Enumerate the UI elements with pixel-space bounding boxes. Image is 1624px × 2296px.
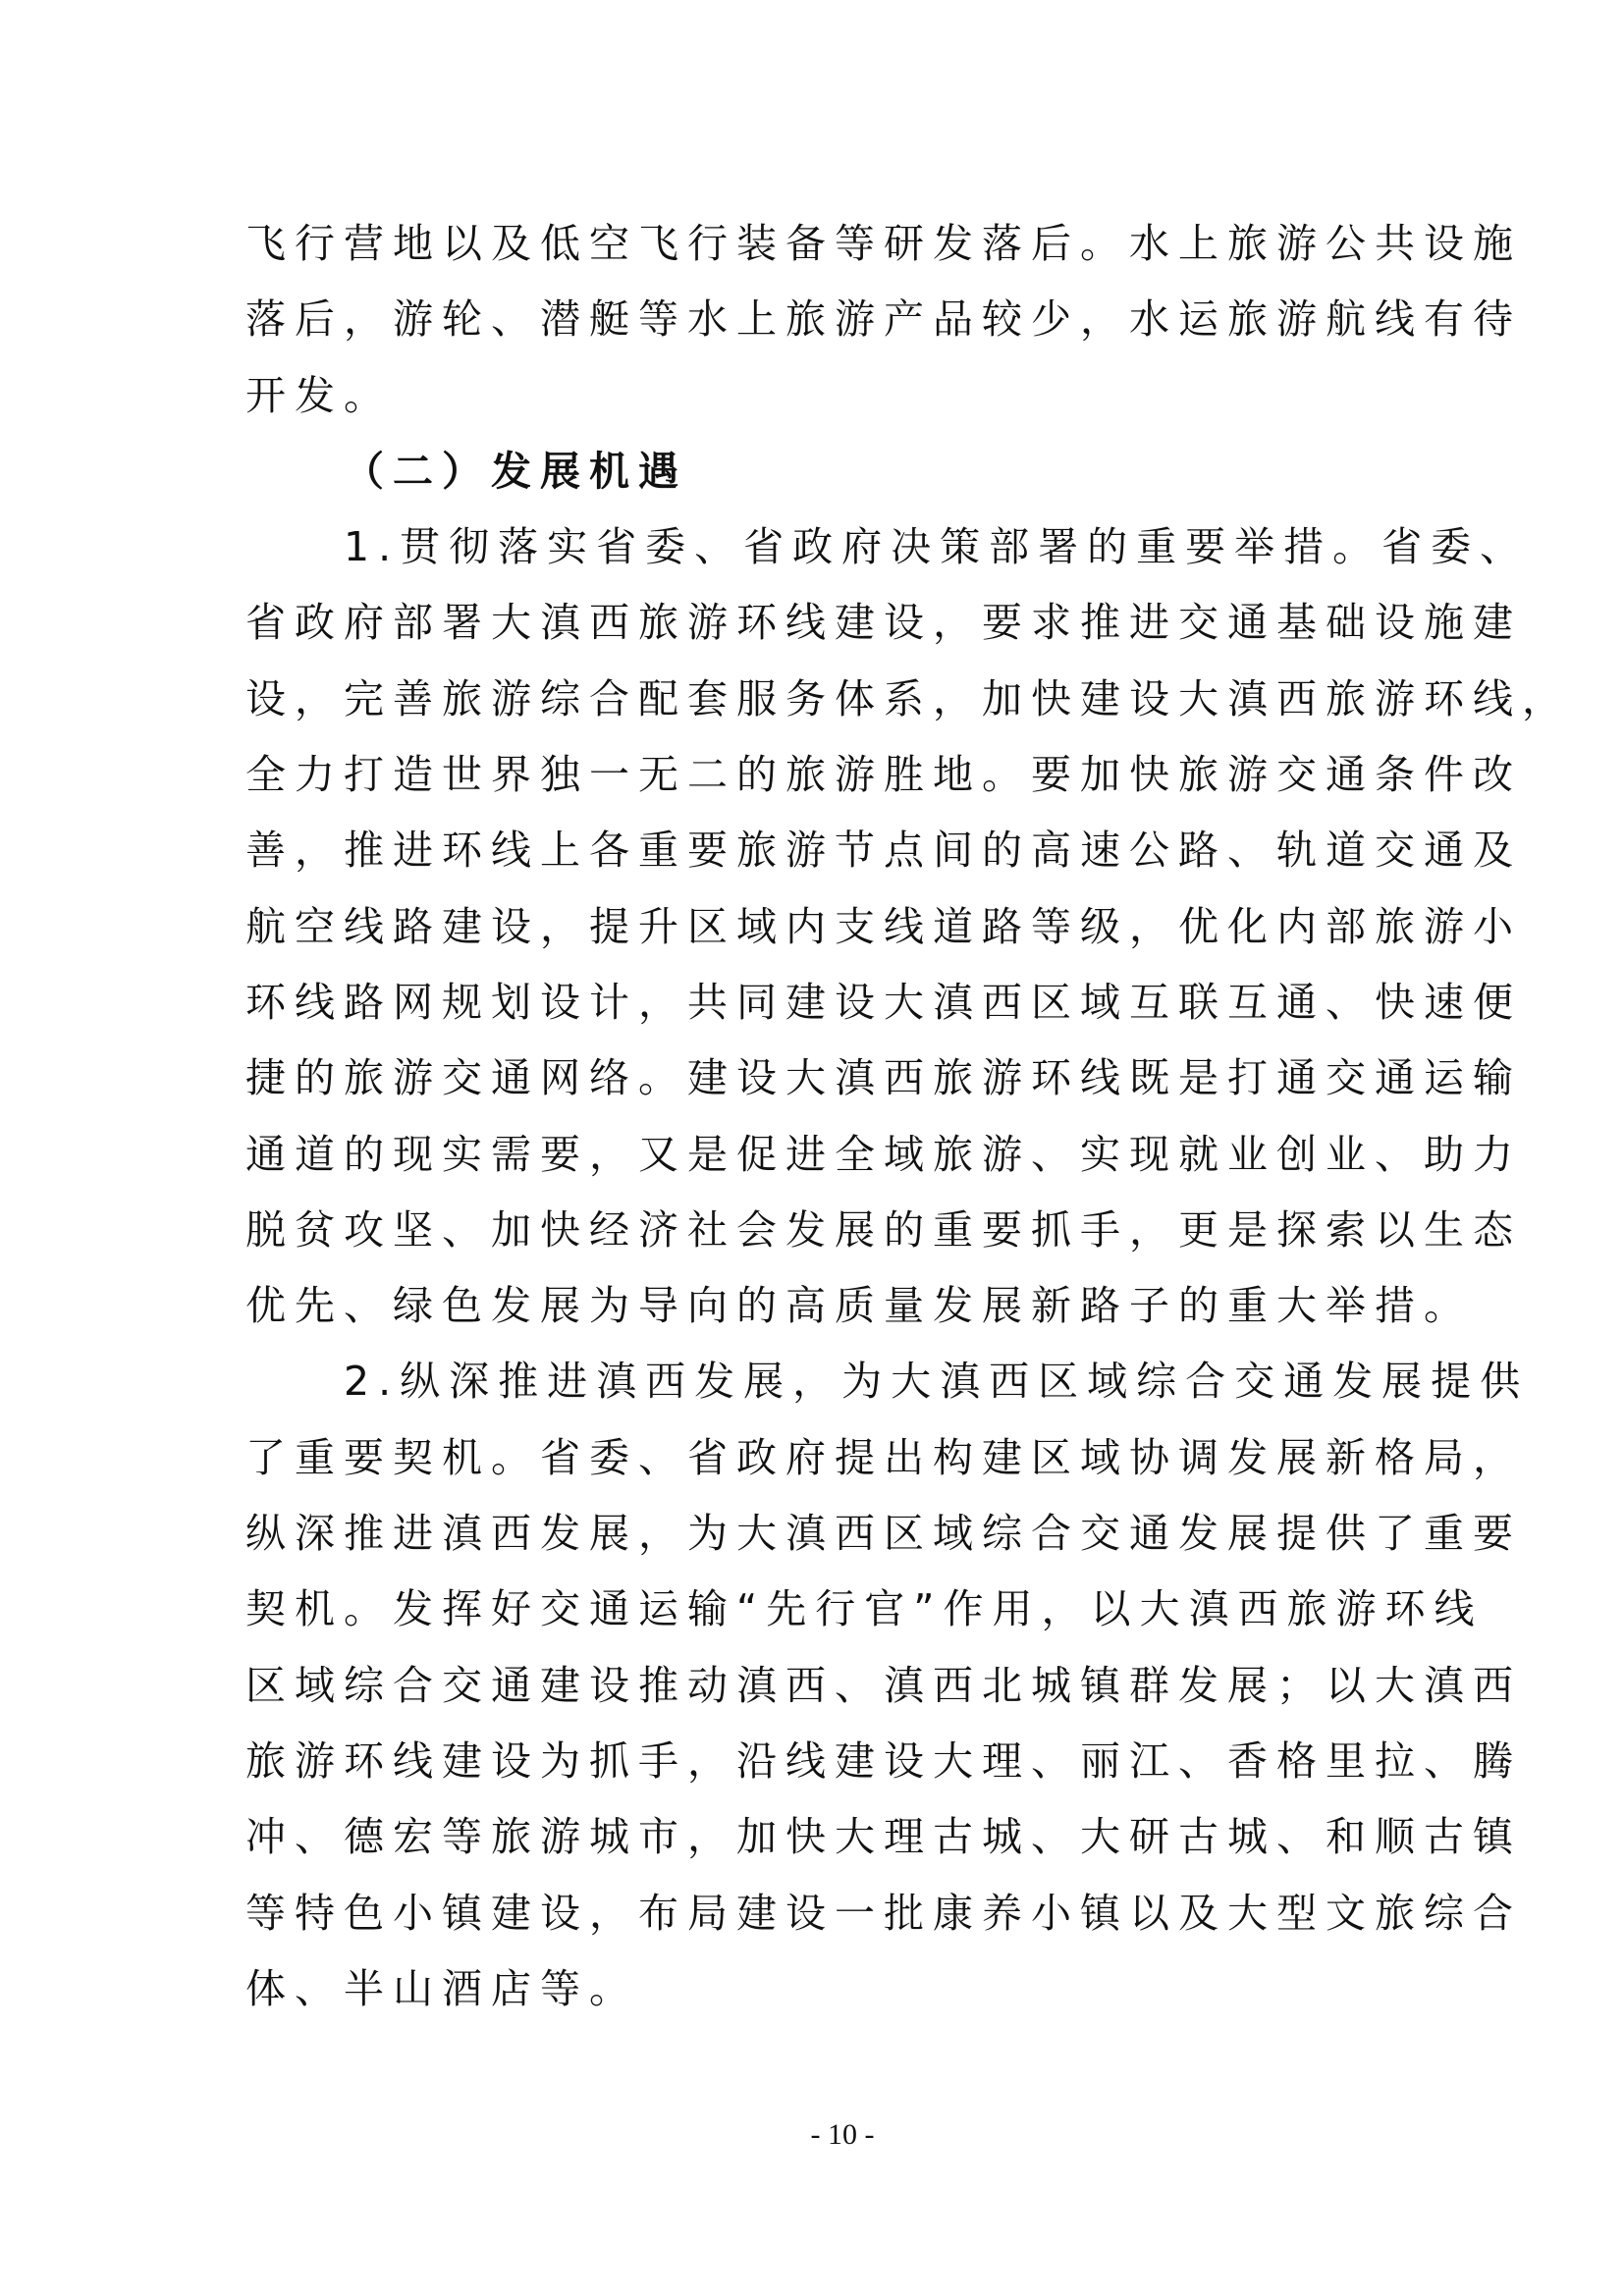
text-line: 环线路网规划设计，共同建设大滇西区域互联互通、快速便 — [245, 973, 1384, 1048]
text-line: 等特色小镇建设，布局建设一批康养小镇以及大型文旅综合 — [245, 1884, 1384, 1959]
text-line: 通道的现实需要，又是促进全域旅游、实现就业创业、助力 — [245, 1125, 1384, 1201]
text-line: 全力打造世界独一无二的旅游胜地。要加快旅游交通条件改 — [245, 745, 1384, 821]
text-line: 省政府部署大滇西旅游环线建设，要求推进交通基础设施建 — [245, 593, 1384, 668]
text-line: 捷的旅游交通网络。建设大滇西旅游环线既是打通交通运输 — [245, 1048, 1384, 1124]
paragraph-first-line: 1.贯彻落实省委、省政府决策部署的重要举措。省委、 — [245, 517, 1384, 593]
text-line: 开发。 — [245, 366, 1384, 442]
text-line: 善，推进环线上各重要旅游节点间的高速公路、轨道交通及 — [245, 821, 1384, 896]
text-line: 冲、德宏等旅游城市，加快大理古城、大研古城、和顺古镇 — [245, 1807, 1384, 1883]
text-line: 脱贫攻坚、加快经济社会发展的重要抓手，更是探索以生态 — [245, 1201, 1384, 1276]
text-line: 落后，游轮、潜艇等水上旅游产品较少，水运旅游航线有待 — [245, 290, 1384, 365]
text-line: 了重要契机。省委、省政府提出构建区域协调发展新格局， — [245, 1428, 1384, 1504]
text-line: 设，完善旅游综合配套服务体系，加快建设大滇西旅游环线， — [245, 669, 1384, 745]
text-line: 纵深推进滇西发展，为大滇西区域综合交通发展提供了重要 — [245, 1504, 1384, 1579]
document-page: 飞行营地以及低空飞行装备等研发落后。水上旅游公共设施 落后，游轮、潜艇等水上旅游… — [0, 0, 1624, 2296]
text-line: 优先、绿色发展为导向的高质量发展新路子的重大举措。 — [245, 1276, 1384, 1352]
section-heading: （二）发展机遇 — [245, 442, 1384, 517]
text-line: 体、半山酒店等。 — [245, 1959, 1384, 2035]
text-line: 旅游环线建设为抓手，沿线建设大理、丽江、香格里拉、腾 — [245, 1732, 1384, 1807]
page-number: - 10 - — [0, 2118, 1624, 2152]
document-body: 飞行营地以及低空飞行装备等研发落后。水上旅游公共设施 落后，游轮、潜艇等水上旅游… — [245, 214, 1384, 2035]
paragraph-first-line: 2.纵深推进滇西发展，为大滇西区域综合交通发展提供 — [245, 1352, 1384, 1427]
text-line: 航空线路建设，提升区域内支线道路等级，优化内部旅游小 — [245, 897, 1384, 973]
text-line: 飞行营地以及低空飞行装备等研发落后。水上旅游公共设施 — [245, 214, 1384, 290]
text-line: 契机。发挥好交通运输“先行官”作用，以大滇西旅游环线 — [245, 1579, 1384, 1655]
text-line: 区域综合交通建设推动滇西、滇西北城镇群发展；以大滇西 — [245, 1656, 1384, 1732]
